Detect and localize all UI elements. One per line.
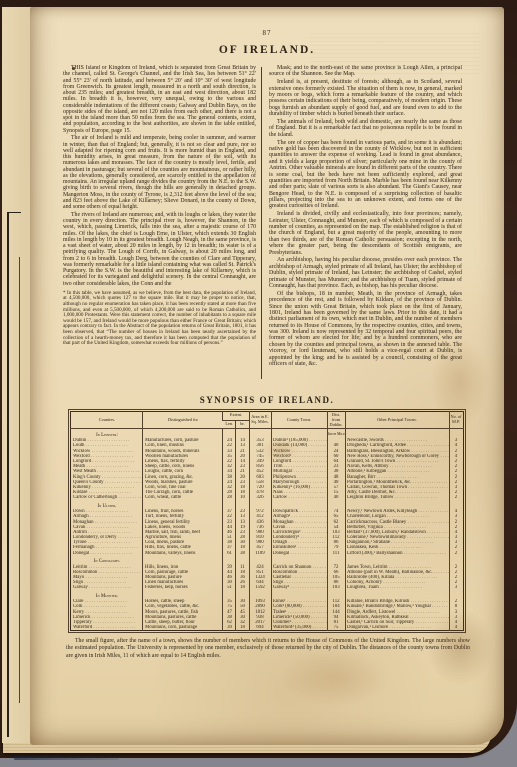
paragraph: Ireland is divided, civilly and ecclesia… <box>269 211 462 256</box>
cell-other-towns <box>345 590 449 599</box>
cell-county: Donegal <box>71 551 143 556</box>
cell-distinguished <box>143 556 223 565</box>
cell-breadth <box>236 429 249 438</box>
cell-breadth <box>236 590 249 599</box>
cell-length <box>223 590 236 599</box>
cell-county-town: Galway¹ <box>271 585 327 590</box>
header-area: Area in E. Sq. Miles. <box>249 412 271 429</box>
cell-county: In Connaught. <box>71 556 143 565</box>
cell-other-towns: Kinsale,¹ Bandonbridge,¹ Mallow,¹ Yougha… <box>345 604 449 609</box>
cell-county-town: Armagh¹ <box>271 514 327 519</box>
paragraph: The ore of copper has been found in vari… <box>269 140 462 210</box>
table-row: In Connaught. <box>71 556 463 565</box>
text-columns: THIS Island or Kingdom of Ireland, which… <box>63 65 462 383</box>
table-row: In Munster. <box>71 590 463 599</box>
paragraph: The air of Ireland is mild and temperate… <box>63 135 256 210</box>
cell-county-town: Carrick on Shannon <box>271 564 327 569</box>
cell-county: In Leinster: <box>71 429 143 438</box>
cell-other-towns <box>345 500 449 509</box>
cell-mp <box>449 556 463 565</box>
document-page: 87 OF IRELAND. THIS Island or Kingdom of… <box>30 7 504 745</box>
cell-county: West Meath <box>71 469 143 474</box>
header-counties: Counties. <box>71 412 143 429</box>
synopsis-title: SYNOPSIS OF IRELAND. <box>30 395 504 405</box>
cell-county: Waterford <box>71 625 143 631</box>
table-row: Waterford Mountains, corn, pasturage 39 … <box>71 625 463 631</box>
cell-area: 694 <box>249 625 271 631</box>
cell-county-town: Carlow <box>271 495 327 500</box>
cell-county-town <box>271 429 327 438</box>
book-photo: 87 OF IRELAND. THIS Island or Kingdom of… <box>0 0 517 767</box>
cell-distance <box>327 590 345 599</box>
cell-other-towns: Carrickmacross, Castle Blaney <box>345 519 449 524</box>
cell-breadth <box>236 500 249 509</box>
map-border-line <box>7 212 21 213</box>
cell-mp <box>449 500 463 509</box>
cell-county: In Ulster. <box>71 500 143 509</box>
header-distance: Dist. from Dublin. <box>327 412 345 429</box>
cell-area <box>249 556 271 565</box>
header-distinguished: Distinguished for <box>143 412 223 429</box>
cell-distance <box>327 500 345 509</box>
map-border-line <box>19 257 20 703</box>
cell-length <box>223 556 236 565</box>
cell-other-towns <box>345 556 449 565</box>
cell-distance: 75 <box>327 625 345 631</box>
cell-distinguished <box>143 500 223 509</box>
header-extent: Extent. <box>223 412 249 421</box>
cell-area <box>249 429 271 438</box>
cell-county-town: Waterford² (35,000) <box>271 625 327 631</box>
cell-length: 39 <box>223 625 236 631</box>
cell-county: In Munster. <box>71 590 143 599</box>
table-header: Counties. Distinguished for Extent. Area… <box>71 412 463 429</box>
paragraph: THIS Island or Kingdom of Ireland, which… <box>63 65 256 134</box>
cell-county-town: Dundalk (14,000) <box>271 443 327 448</box>
right-paragraph-list: Mask; and to the north-east of the same … <box>269 65 462 367</box>
header-length: Len. <box>223 420 236 429</box>
header-county-town: County Town. <box>271 412 327 429</box>
paragraph: Of the bishops, 18 in number, Meath, in … <box>269 291 462 368</box>
cell-county-town: Monaghan <box>271 519 327 524</box>
cell-distinguished <box>143 429 223 438</box>
cell-area <box>249 590 271 599</box>
cell-other-towns: Leighlin Bridge, Tullow <box>345 495 449 500</box>
cell-mp <box>449 429 463 438</box>
paragraph: The animals of Ireland, both wild and do… <box>269 119 462 138</box>
cell-distance: Irish Miles. <box>327 429 345 438</box>
cell-mp: 4 <box>449 625 463 631</box>
header-breadth: br. <box>236 420 249 429</box>
synopsis-table: Counties. Distinguished for Extent. Area… <box>70 411 463 631</box>
table-row: In Ulster. <box>71 500 463 509</box>
paragraph: Mask; and to the north-east of the same … <box>269 65 462 78</box>
cell-other-towns: Dungarvan,¹ Lismore <box>345 625 449 631</box>
cell-county-town: Wicklow <box>271 449 327 454</box>
cell-county: Monaghan <box>71 519 143 524</box>
cell-area <box>249 500 271 509</box>
map-border-line <box>7 212 9 737</box>
cell-other-towns: Drogheda,¹ Carlingford, Ardee <box>345 443 449 448</box>
cell-county-town <box>271 500 327 509</box>
paragraph: The rivers of Ireland are numerous; and,… <box>63 212 256 287</box>
cell-other-towns: Baltinglass, Blessington, Arklow <box>345 449 449 454</box>
cell-county: Wicklow <box>71 449 143 454</box>
cell-county-town: Tralee¹ <box>271 609 327 614</box>
column-divider <box>261 67 262 379</box>
left-column: THIS Island or Kingdom of Ireland, which… <box>63 65 256 347</box>
header-mp: No. of M.P. <box>449 412 463 429</box>
cell-county-town: Enniskillen¹ <box>271 545 327 550</box>
cell-length <box>223 429 236 438</box>
paragraph: An archbishop, having his peculiar dioce… <box>269 257 462 289</box>
table-body: In Leinster: Irish Miles. Dublin Manufac… <box>71 429 463 631</box>
cell-county-town <box>271 590 327 599</box>
cell-length <box>223 500 236 509</box>
cell-distance <box>327 556 345 565</box>
cell-other-towns: Lifford (300),¹ Ballyshannon <box>345 551 449 556</box>
cell-other-towns: Dingle, Ardfert, Listowel <box>345 609 449 614</box>
cell-county-town: Philipstown <box>271 474 327 479</box>
previous-page-edge <box>2 7 32 743</box>
paragraph: Ireland is, at present, destitute of for… <box>269 79 462 117</box>
cell-county: Carlow or Catherlough <box>71 495 143 500</box>
cell-county: King's County <box>71 474 143 479</box>
cell-distinguished: Mountains, corn, pasturage <box>143 625 223 631</box>
cell-county-town <box>271 556 327 565</box>
right-column: Mask; and to the north-east of the same … <box>269 65 462 369</box>
cell-breadth: 18 <box>236 625 249 631</box>
population-footnote: * In this table, we have assumed, as we … <box>63 291 256 347</box>
cell-county-town: Mullingar <box>271 469 327 474</box>
left-paragraph-list: THIS Island or Kingdom of Ireland, which… <box>63 65 256 287</box>
cell-county: Fermanagh <box>71 545 143 550</box>
cell-other-towns <box>345 429 449 438</box>
watermark-smudge <box>14 756 119 760</box>
cell-county-town: Cork² (80,000) <box>271 604 327 609</box>
cell-county-town: Donegal <box>271 551 327 556</box>
cell-distinguished <box>143 590 223 599</box>
table-footnote: The small figure, after the name of a to… <box>66 638 470 660</box>
table-row: In Leinster: Irish Miles. <box>71 429 463 438</box>
cell-breadth <box>236 556 249 565</box>
cell-mp <box>449 590 463 599</box>
header-other-towns: Other Principal Towns. <box>345 412 449 429</box>
